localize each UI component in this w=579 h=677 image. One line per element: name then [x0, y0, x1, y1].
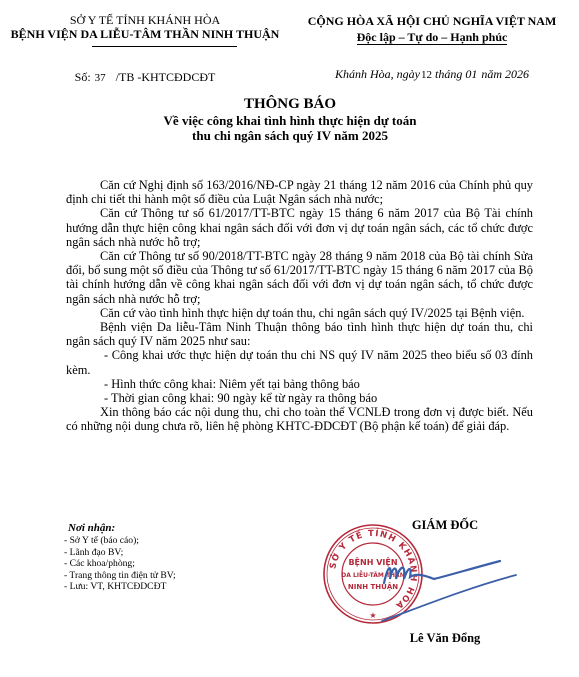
date-line: Khánh Hòa, ngày12tháng01năm2026: [296, 67, 568, 82]
date-place: Khánh Hòa, ngày: [335, 67, 420, 81]
national-header: CỘNG HÒA XÃ HỘI CHỦ NGHĨA VIỆT NAM Độc l…: [296, 14, 568, 46]
agency-name: SỞ Y TẾ TỈNH KHÁNH HÒA: [0, 14, 290, 27]
date-year-label: năm: [481, 67, 502, 81]
recipients-title: Nơi nhận:: [68, 521, 264, 535]
date-month: 01: [465, 67, 477, 81]
doc-number-label: Số:: [75, 70, 91, 84]
hospital-name: BỆNH VIỆN DA LIỄU-TÂM THẦN NINH THUẬN: [0, 27, 290, 41]
document-title: THÔNG BÁO Về việc công khai tình hình th…: [100, 96, 480, 143]
recipient-item: - Lãnh đạo BV;: [64, 547, 264, 559]
national-motto: Độc lập – Tự do – Hạnh phúc: [357, 30, 508, 45]
item-form: - Hình thức công khai: Niêm yết tại bảng…: [66, 377, 533, 391]
document-number: Số:37/TB -KHTCĐDCĐT: [0, 70, 290, 85]
handwritten-signature-icon: [380, 545, 520, 625]
date-year: 2026: [505, 67, 529, 81]
item-duration: - Thời gian công khai: 90 ngày kể từ ngà…: [66, 391, 533, 405]
date-month-label: tháng: [435, 67, 462, 81]
item-disclosure: - Công khai ước thực hiện dự toán thu ch…: [66, 348, 533, 376]
recipient-item: - Trang thông tin điện tử BV;: [64, 570, 264, 582]
document-body: Căn cứ Nghị định số 163/2016/NĐ-CP ngày …: [66, 178, 533, 434]
header-underline: [92, 46, 237, 47]
title-subtitle-1: Về việc công khai tình hình thực hiện dự…: [100, 113, 480, 128]
paragraph-legal-basis-4: Căn cứ vào tình hình thực hiện dự toán t…: [66, 306, 533, 320]
title-subtitle-2: thu chi ngân sách quý IV năm 2025: [100, 128, 480, 143]
paragraph-announcement: Bệnh viện Da liễu-Tâm Ninh Thuận thông b…: [66, 320, 533, 348]
nation-title: CỘNG HÒA XÃ HỘI CHỦ NGHĨA VIỆT NAM: [296, 14, 568, 28]
issuer-header: SỞ Y TẾ TỈNH KHÁNH HÒA BỆNH VIỆN DA LIỄU…: [0, 14, 290, 41]
signer-name: Lê Văn Đổng: [380, 631, 510, 646]
title-main: THÔNG BÁO: [100, 96, 480, 113]
doc-number: 37: [95, 72, 106, 84]
recipient-item: - Các khoa/phòng;: [64, 558, 264, 570]
paragraph-legal-basis-3: Căn cứ Thông tư số 90/2018/TT-BTC ngày 2…: [66, 249, 533, 306]
recipients-block: Nơi nhận: - Sở Y tế (báo cáo); - Lãnh đạ…: [64, 521, 264, 593]
recipient-item: - Lưu: VT, KHTCĐDCĐT: [64, 581, 264, 593]
doc-code: /TB -KHTCĐDCĐT: [116, 70, 216, 84]
paragraph-legal-basis-2: Căn cứ Thông tư số 61/2017/TT-BTC ngày 1…: [66, 206, 533, 249]
paragraph-closing: Xin thông báo các nội dung thu, chi cho …: [66, 405, 533, 433]
recipient-item: - Sở Y tế (báo cáo);: [64, 535, 264, 547]
svg-text:★: ★: [369, 611, 376, 620]
date-day: 12: [421, 69, 432, 81]
paragraph-legal-basis-1: Căn cứ Nghị định số 163/2016/NĐ-CP ngày …: [66, 178, 533, 206]
